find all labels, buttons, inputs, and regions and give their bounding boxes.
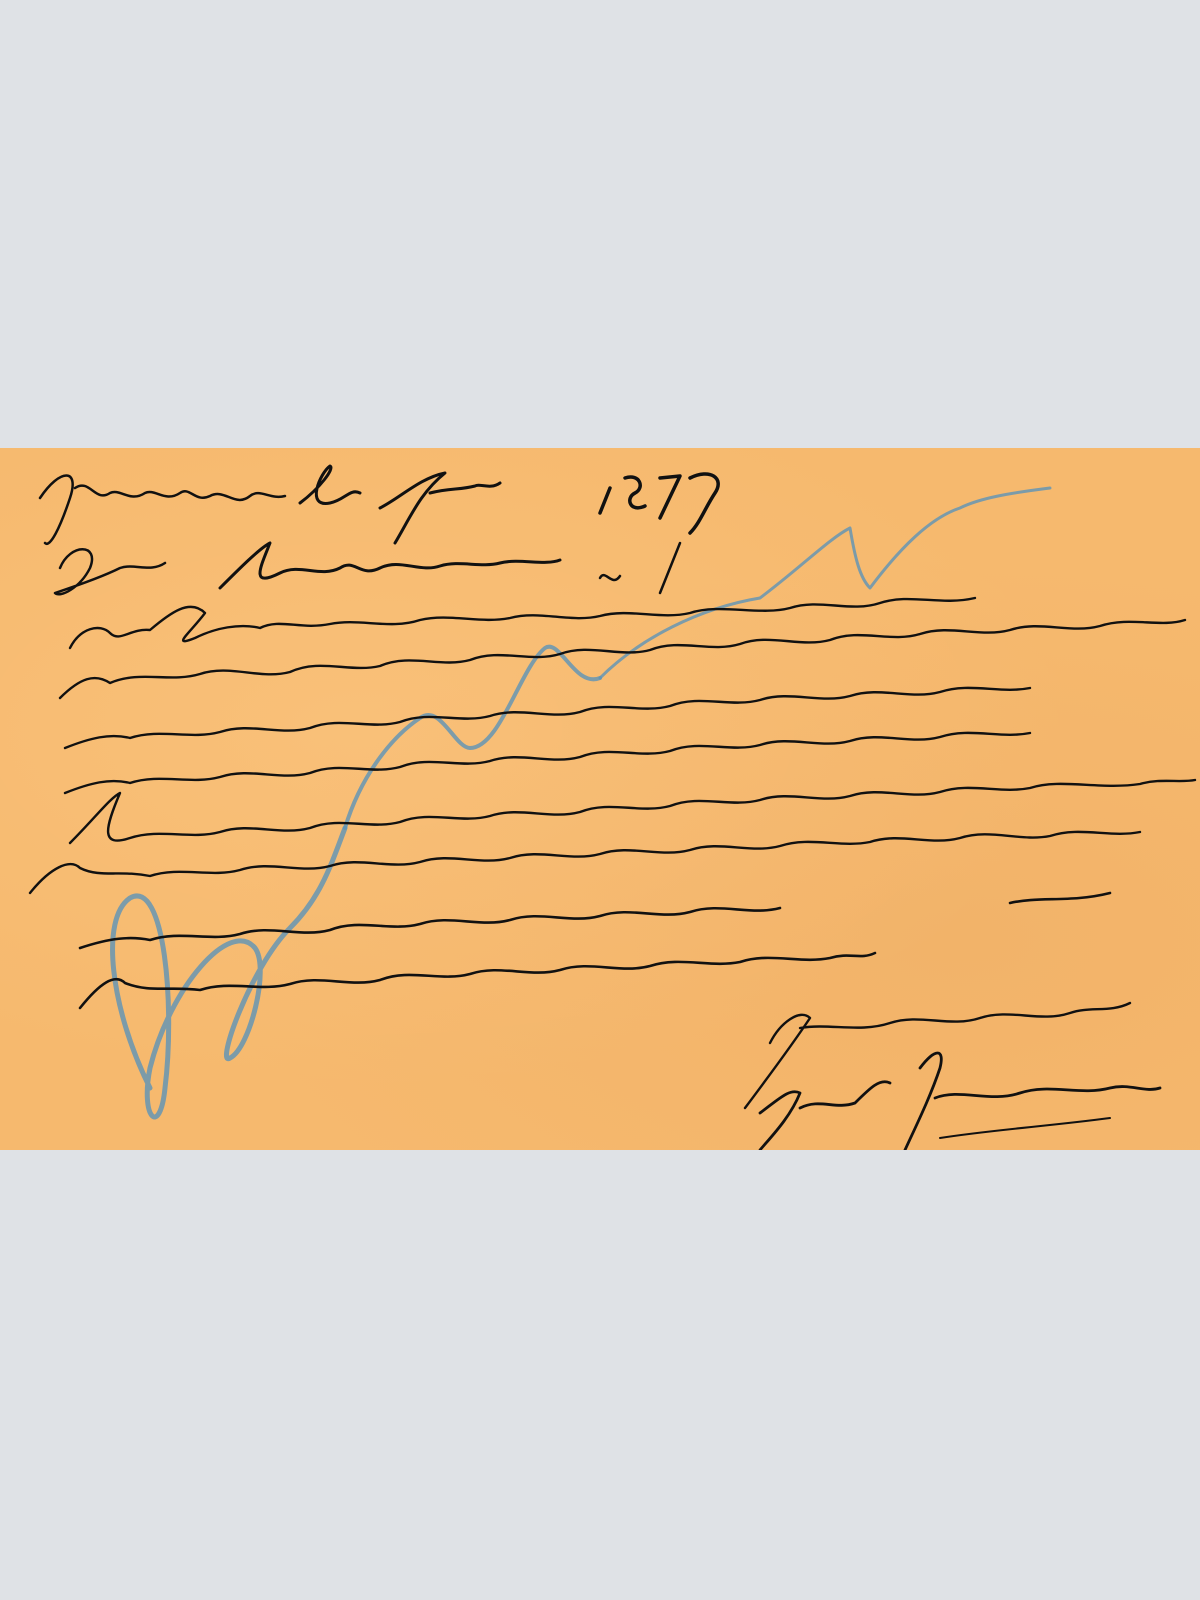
blue-annotation-mark: [113, 488, 1050, 1117]
closing-ink: [745, 1003, 1160, 1150]
body-ink: [30, 598, 1195, 1008]
salutation-ink: [55, 543, 680, 594]
handwriting-canvas: [0, 448, 1200, 1150]
postcard: …am 27. Feb. 1879 Euer Wohlgeboren! Hoch…: [0, 448, 1200, 1150]
dateline-ink: [40, 466, 718, 544]
